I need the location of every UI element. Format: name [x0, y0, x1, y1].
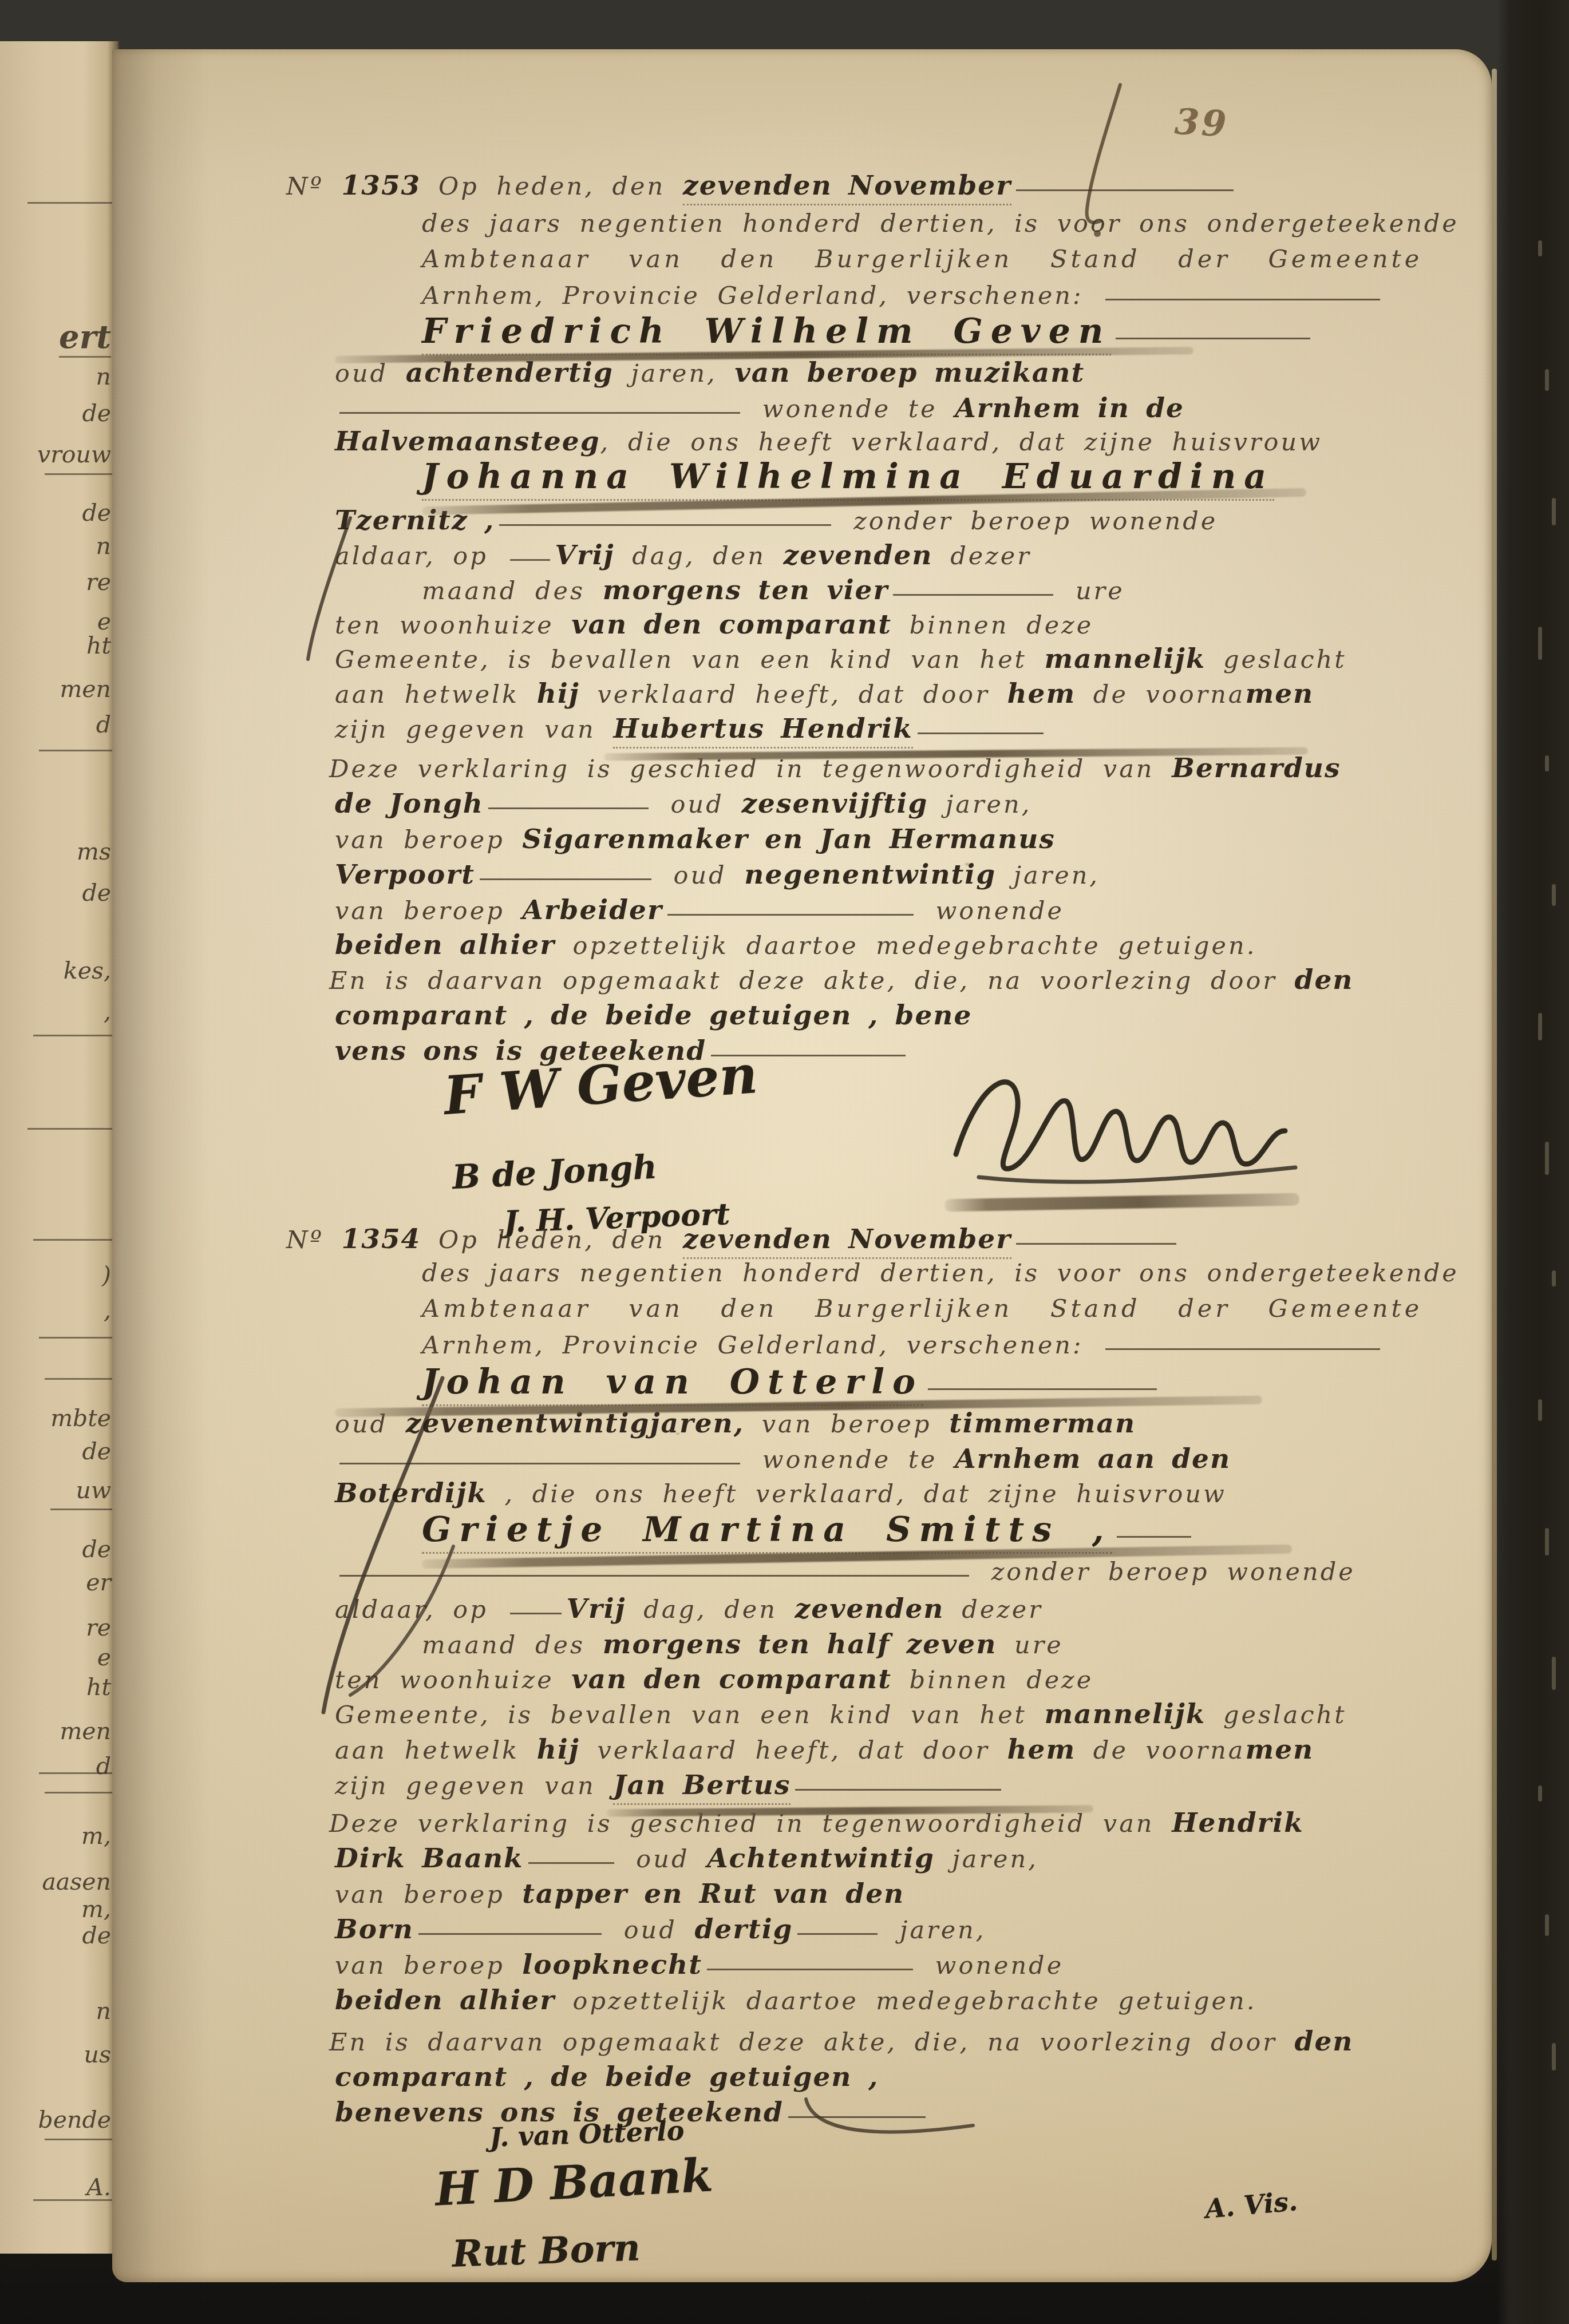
act-1354-line-8: Boterdijk , die ons heeft verklaard, dat… — [335, 1478, 1227, 1509]
printed-form-text: opzettelijk daartoe medegebrachte getuig… — [555, 932, 1256, 960]
printed-form-text: Arnhem, Provincie Gelderland, verschenen… — [422, 1331, 1101, 1360]
printed-form-text: En is daarvan opgemaakt deze akte, die, … — [329, 967, 1295, 995]
printed-form-text: jaren, — [935, 1845, 1038, 1874]
act-1353-line-19: van beroep Sigarenmaker en Jan Hermanus — [335, 824, 1056, 855]
handwritten-entry: Born — [335, 1914, 414, 1945]
act-1354-line-2: des jaars negentien honderd dertien, is … — [422, 1259, 1459, 1288]
printed-form-text: jaren, — [614, 359, 735, 388]
handwritten-entry: Sigarenmaker en Jan Hermanus — [522, 824, 1055, 855]
handwritten-entry: hem — [1007, 1734, 1076, 1765]
printed-form-text: van beroep — [335, 897, 522, 925]
act-1354-line-20: Born oud dertig jaren, — [335, 1914, 986, 1945]
blank-fill-rule — [1016, 187, 1234, 191]
blank-fill-rule — [1105, 1345, 1380, 1350]
printed-form-text: Ambtenaar van den Burgerlijken Stand der… — [422, 1294, 1422, 1323]
printed-form-text: binnen deze — [892, 611, 1093, 640]
printed-form-text: oud — [606, 1916, 694, 1945]
printed-form-text: Nº — [286, 1226, 342, 1254]
printed-form-text: aldaar, op — [335, 1595, 505, 1624]
blank-fill-rule — [797, 1930, 878, 1935]
act-1354-line-19: van beroep tapper en Rut van den — [335, 1878, 904, 1910]
act-1354-line-23: En is daarvan opgemaakt deze akte, die, … — [329, 2026, 1353, 2057]
handwritten-entry: Vrij — [555, 540, 614, 571]
act-1354-line-13: ten woonhuize van den comparant binnen d… — [335, 1664, 1093, 1695]
blank-fill-rule — [1016, 1240, 1176, 1245]
handwritten-entry: zesenvijftig — [741, 788, 928, 819]
printed-form-text: Gemeente, is bevallen van een kind van h… — [335, 646, 1045, 674]
act-1353-line-7: wonende te Arnhem in de — [335, 393, 1184, 424]
handwritten-entry: Achtentwintig — [707, 1843, 935, 1874]
handwritten-entry: Boterdijk — [335, 1478, 487, 1509]
handwritten-entry: zevenden November — [683, 1224, 1011, 1259]
printed-form-text: oud — [656, 861, 744, 890]
handwritten-entry: morgens ten half zeven — [603, 1629, 997, 1660]
handwritten-entry: hem — [1007, 678, 1076, 710]
act-1353-line-4: Arnhem, Provincie Gelderland, verschenen… — [422, 282, 1385, 310]
printed-form-text: aan hetwelk — [335, 1736, 537, 1765]
printed-form-text: ten woonhuize — [335, 611, 571, 640]
handwritten-entry: loopknecht — [522, 1949, 702, 1981]
handwritten-entry: den — [1295, 964, 1354, 996]
printed-form-text: zijn gegeven van — [335, 715, 613, 744]
act-1354-line-3: Ambtenaar van den Burgerlijken Stand der… — [422, 1294, 1422, 1323]
act-1353-line-20: Verpoort oud negenentwintig jaren, — [335, 859, 1100, 890]
act-1354-line-21: van beroep loopknecht wonende — [335, 1949, 1064, 1981]
act-1354-line-15: aan hetwelk hij verklaard heeft, dat doo… — [335, 1734, 1314, 1765]
printed-form-text: des jaars negentien honderd dertien, is … — [422, 1259, 1459, 1288]
blank-fill-rule — [480, 876, 651, 880]
act-1353-line-8: Halvemaansteeg, die ons heeft verklaard,… — [335, 426, 1322, 457]
act-1353-line-1: Nº 1353 Op heden, den zevenden November — [286, 170, 1238, 201]
handwritten-entry: mannelijk — [1045, 1699, 1206, 1730]
printed-form-text: des jaars negentien honderd dertien, is … — [422, 209, 1459, 238]
blank-fill-rule — [667, 911, 914, 916]
act-1353-line-13: ten woonhuize van den comparant binnen d… — [335, 609, 1093, 640]
handwritten-entry: Hendrik — [1172, 1807, 1304, 1839]
act-1354-line-4: Arnhem, Provincie Gelderland, verschenen… — [422, 1331, 1385, 1360]
act-1354-line-11: aldaar, op Vrij dag, den zevenden dezer — [335, 1593, 1043, 1625]
handwritten-entry: Dirk Baank — [335, 1843, 524, 1874]
printed-form-text: de voorna — [1076, 1736, 1245, 1765]
printed-form-text: Gemeente, is bevallen van een kind van h… — [335, 1701, 1045, 1729]
blank-fill-rule — [510, 1610, 562, 1614]
blank-fill-rule — [707, 1966, 913, 1970]
handwritten-entry: 1353 — [342, 170, 421, 201]
act-1354-line-18: Dirk Baank oud Achtentwintig jaren, — [335, 1843, 1038, 1874]
handwritten-entry: de Jongh — [335, 788, 484, 819]
handwritten-entry: comparant , de beide getuigen , bene — [335, 1000, 972, 1031]
printed-form-text: ure — [997, 1631, 1063, 1660]
printed-form-text: ten woonhuize — [335, 1666, 571, 1694]
act-1353-line-3: Ambtenaar van den Burgerlijken Stand der… — [422, 245, 1422, 274]
handwritten-entry: beiden alhier — [335, 929, 555, 961]
act-1354-line-22: beiden alhier opzettelijk daartoe medege… — [335, 1985, 1256, 2016]
handwritten-entry: den — [1295, 2026, 1354, 2057]
handwritten-entry: Jan Bertus — [613, 1769, 791, 1805]
printed-form-text: wonende — [918, 1951, 1064, 1980]
handwritten-entry: Arnhem in de — [955, 393, 1184, 424]
handwritten-entry: tapper en Rut van den — [522, 1878, 904, 1910]
blank-fill-rule — [1116, 335, 1310, 339]
handwritten-entry: zevenden November — [683, 170, 1011, 205]
printed-form-text: van beroep — [335, 826, 522, 854]
handwritten-entry: men — [1245, 678, 1314, 710]
printed-form-text: van beroep — [744, 1410, 949, 1439]
act-1353-line-2: des jaars negentien honderd dertien, is … — [422, 209, 1459, 238]
handwritten-entry: 1354 — [342, 1224, 421, 1255]
printed-form-text: maand des — [422, 1631, 603, 1660]
blank-fill-rule — [339, 1572, 969, 1577]
printed-form-text: dezer — [944, 1595, 1042, 1624]
printed-form-text: de voorna — [1076, 680, 1245, 709]
printed-form-text: verklaard heeft, dat door — [580, 680, 1007, 709]
handwritten-entry: timmerman — [949, 1408, 1136, 1439]
act-1354-line-12: maand des morgens ten half zeven ure — [422, 1629, 1064, 1660]
handwritten-entry: beiden alhier — [335, 1985, 555, 2016]
handwritten-entry: Vrij — [566, 1593, 626, 1625]
printed-form-text: van beroep — [335, 1951, 522, 1980]
act-1353-line-5: Friedrich Wilhelm Geven — [422, 311, 1315, 351]
act-1353-line-9: Johanna Wilhelmina Eduardina — [422, 457, 1274, 497]
act-1353-line-11: aldaar, op Vrij dag, den zevenden dezer — [335, 540, 1031, 571]
blank-fill-rule — [1105, 296, 1380, 300]
printed-form-text: van beroep — [335, 1880, 522, 1909]
handwritten-entry: morgens ten vier — [603, 575, 889, 606]
handwritten-entry: Grietje Martina Smitts , — [422, 1510, 1112, 1554]
blank-fill-rule — [528, 1859, 614, 1864]
act-1354-line-7: wonende te Arnhem aan den — [335, 1443, 1231, 1475]
handwritten-entry: Arbeider — [522, 894, 662, 926]
scanned-register-page: ertndevrouwdenreehtmendmsdekes,,),mbtede… — [0, 0, 1569, 2324]
printed-form-text: Op heden, den — [421, 172, 683, 201]
printed-form-text: geslacht — [1206, 646, 1346, 674]
blank-fill-rule — [1117, 1533, 1191, 1538]
handwritten-entry: hij — [537, 678, 580, 710]
blank-fill-rule — [418, 1930, 602, 1935]
blank-fill-rule — [893, 591, 1053, 596]
blank-fill-rule — [339, 1460, 740, 1464]
printed-form-text: wonende te — [745, 395, 955, 423]
printed-form-text: oud — [619, 1845, 707, 1874]
act-1353-line-14: Gemeente, is bevallen van een kind van h… — [335, 643, 1346, 675]
handwritten-entry: mannelijk — [1045, 643, 1206, 675]
handwritten-entry: men — [1245, 1734, 1314, 1765]
handwritten-entry: Bernardus — [1172, 753, 1341, 784]
act-1353-line-21: van beroep Arbeider wonende — [335, 894, 1064, 926]
handwritten-entry: negenentwintig — [744, 859, 996, 890]
blank-fill-rule — [510, 556, 550, 561]
act-1354-line-24: comparant , de beide getuigen , — [335, 2061, 879, 2093]
printed-form-text: ure — [1058, 577, 1124, 605]
handwritten-entry: van den comparant — [571, 609, 892, 640]
act-1354-line-5: Johan van Otterlo — [422, 1362, 1161, 1402]
blank-fill-rule — [339, 409, 740, 414]
handwritten-entry: Johan van Otterlo — [422, 1362, 923, 1406]
act-1353-line-15: aan hetwelk hij verklaard heeft, dat doo… — [335, 678, 1314, 710]
blank-fill-rule — [928, 1385, 1157, 1390]
printed-form-text: zonder beroep wonende — [974, 1558, 1355, 1586]
printed-form-text: dezer — [932, 542, 1031, 571]
handwritten-entry: zevenden — [795, 1593, 944, 1625]
signature-rut-born: Rut Born — [452, 2226, 641, 2275]
act-1353-line-23: En is daarvan opgemaakt deze akte, die, … — [329, 964, 1353, 996]
act-1354-line-9: Grietje Martina Smitts , — [422, 1510, 1196, 1550]
handwritten-entry: zevenden — [784, 540, 933, 571]
act-1353-line-22: beiden alhier opzettelijk daartoe medege… — [335, 929, 1256, 961]
printed-form-text: jaren, — [928, 790, 1031, 819]
printed-form-text: aldaar, op — [335, 542, 505, 571]
printed-form-text: maand des — [422, 577, 603, 605]
printed-form-text: dag, den — [626, 1595, 795, 1624]
printed-form-text: , die ons heeft verklaard, dat zijne hui… — [487, 1480, 1227, 1509]
printed-form-text: binnen deze — [892, 1666, 1093, 1694]
act-1354-line-14: Gemeente, is bevallen van een kind van h… — [335, 1699, 1346, 1730]
printed-form-text: oud — [653, 790, 741, 819]
blank-fill-rule — [499, 521, 831, 526]
handwritten-entry: van den comparant — [571, 1664, 892, 1695]
printed-form-text: opzettelijk daartoe medegebrachte getuig… — [555, 1987, 1256, 2016]
printed-form-text: , die ons heeft verklaard, dat zijne hui… — [600, 428, 1322, 457]
act-1353-line-18: de Jongh oud zesenvijftig jaren, — [335, 788, 1031, 819]
blank-fill-rule — [795, 1786, 1001, 1791]
printed-form-text: geslacht — [1206, 1701, 1346, 1729]
printed-form-text: jaren, — [996, 861, 1100, 890]
act-1354-line-16: zijn gegeven van Jan Bertus — [335, 1769, 1006, 1801]
printed-form-text: verklaard heeft, dat door — [580, 1736, 1007, 1765]
act-1353-line-24: comparant , de beide getuigen , bene — [335, 1000, 972, 1031]
printed-form-text: oud — [335, 359, 406, 388]
blank-fill-rule — [488, 805, 649, 809]
handwritten-entry: comparant , de beide getuigen , — [335, 2061, 879, 2093]
handwritten-entry: van beroep muzikant — [734, 357, 1085, 389]
printed-form-text: zonder beroep wonende — [836, 507, 1218, 536]
handwritten-entry: Verpoort — [335, 859, 475, 890]
printed-form-text: En is daarvan opgemaakt deze akte, die, … — [329, 2028, 1295, 2057]
blank-fill-rule — [918, 730, 1044, 734]
printed-form-text: Ambtenaar van den Burgerlijken Stand der… — [422, 245, 1422, 274]
printed-form-text: wonende — [918, 897, 1064, 925]
act-1353-line-16: zijn gegeven van Hubertus Hendrik — [335, 713, 1048, 745]
printed-form-text: aan hetwelk — [335, 680, 537, 709]
printed-form-text: Nº — [286, 172, 342, 201]
blank-fill-rule — [788, 2113, 926, 2118]
handwritten-entry: dertig — [694, 1914, 793, 1945]
act-1354-line-1: Nº 1354 Op heden, den zevenden November — [286, 1224, 1181, 1255]
printed-form-text: Arnhem, Provincie Gelderland, verschenen… — [422, 282, 1101, 310]
handwritten-entry: Arnhem aan den — [955, 1443, 1231, 1475]
printed-form-text: wonende te — [745, 1446, 955, 1474]
handwritten-entry: Hubertus Hendrik — [613, 713, 912, 749]
handwritten-entry: hij — [537, 1734, 580, 1765]
printed-form-text: Op heden, den — [421, 1226, 683, 1254]
printed-form-text: zijn gegeven van — [335, 1772, 613, 1800]
act-1353-line-12: maand des morgens ten vier ure — [422, 575, 1125, 606]
printed-form-text: dag, den — [615, 542, 784, 571]
handwritten-entry: Halvemaansteeg — [335, 426, 600, 457]
printed-form-text: jaren, — [882, 1916, 986, 1945]
